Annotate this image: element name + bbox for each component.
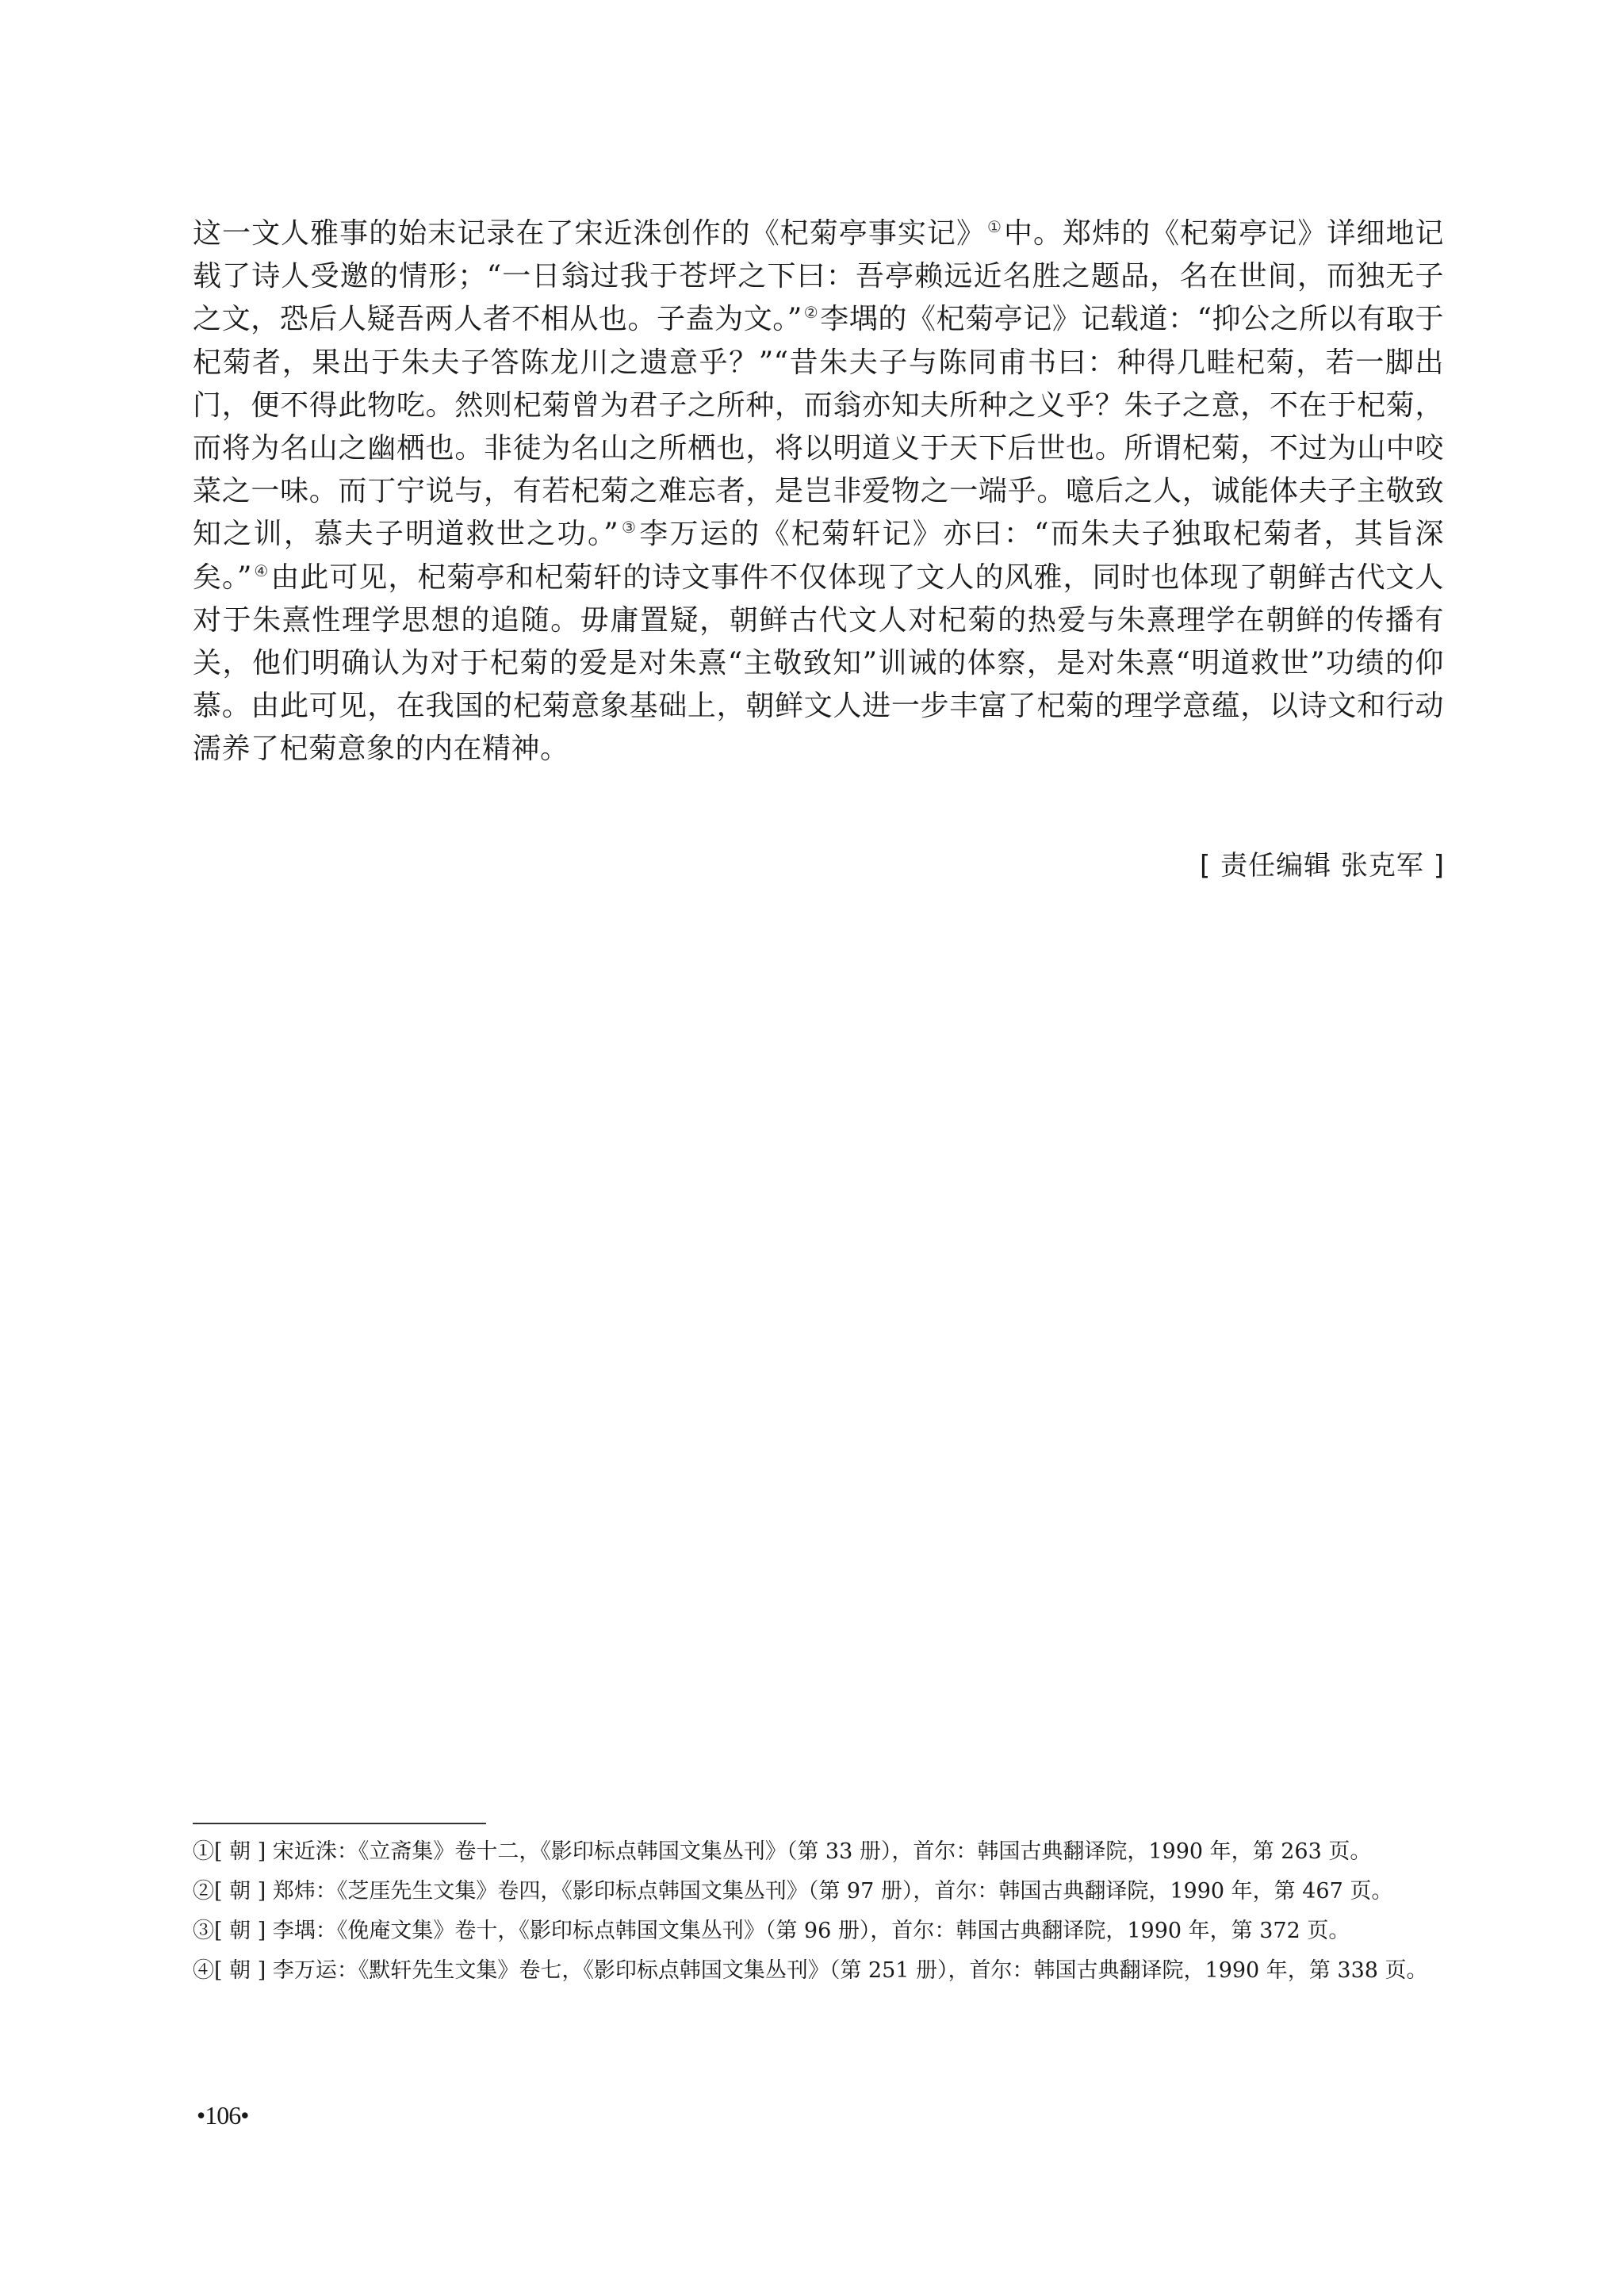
footnotes: ①[ 朝 ] 宋近洙：《立斋集》卷十二，《影印标点韩国文集丛刊》（第 33 册）… [193,1838,1444,1996]
paragraph: 这一文人雅事的始末记录在了宋近洙创作的《杞菊亭事实记》①中。郑炜的《杞菊亭记》详… [193,212,1444,771]
document-page: 这一文人雅事的始末记录在了宋近洙创作的《杞菊亭事实记》①中。郑炜的《杞菊亭记》详… [0,0,1624,2296]
footnote-1: ①[ 朝 ] 宋近洙：《立斋集》卷十二，《影印标点韩国文集丛刊》（第 33 册）… [193,1838,1444,1866]
paragraph-text: 李堣的《杞菊亭记》记载道：“抑公之所以有取于杞菊者，果出于朱夫子答陈龙川之遗意乎… [193,303,1444,550]
footnote-4: ④[ 朝 ] 李万运：《默轩先生文集》卷七，《影印标点韩国文集丛刊》（第 251… [193,1957,1444,1985]
footnote-3: ③[ 朝 ] 李堣：《俛庵文集》卷十，《影印标点韩国文集丛刊》（第 96 册），… [193,1917,1444,1946]
page-number: •106• [197,2099,248,2131]
footnote-ref-4[interactable]: ④ [254,561,269,580]
footnote-ref-2[interactable]: ② [804,303,819,322]
paragraph-text: 这一文人雅事的始末记录在了宋近洙创作的《杞菊亭事实记》 [193,217,986,250]
editor-credit: [ 责任编辑 张克军 ] [1200,848,1445,883]
body-text: 这一文人雅事的始末记录在了宋近洙创作的《杞菊亭事实记》①中。郑炜的《杞菊亭记》详… [193,212,1444,771]
footnote-ref-3[interactable]: ③ [620,518,638,537]
paragraph-text: 由此可见，杞菊亭和杞菊轩的诗文事件不仅体现了文人的风雅，同时也体现了朝鲜古代文人… [193,561,1444,766]
footnote-divider [193,1823,486,1824]
footnote-ref-1[interactable]: ① [987,217,1002,236]
footnote-2: ②[ 朝 ] 郑炜：《芝厓先生文集》卷四，《影印标点韩国文集丛刊》（第 97 册… [193,1877,1444,1906]
